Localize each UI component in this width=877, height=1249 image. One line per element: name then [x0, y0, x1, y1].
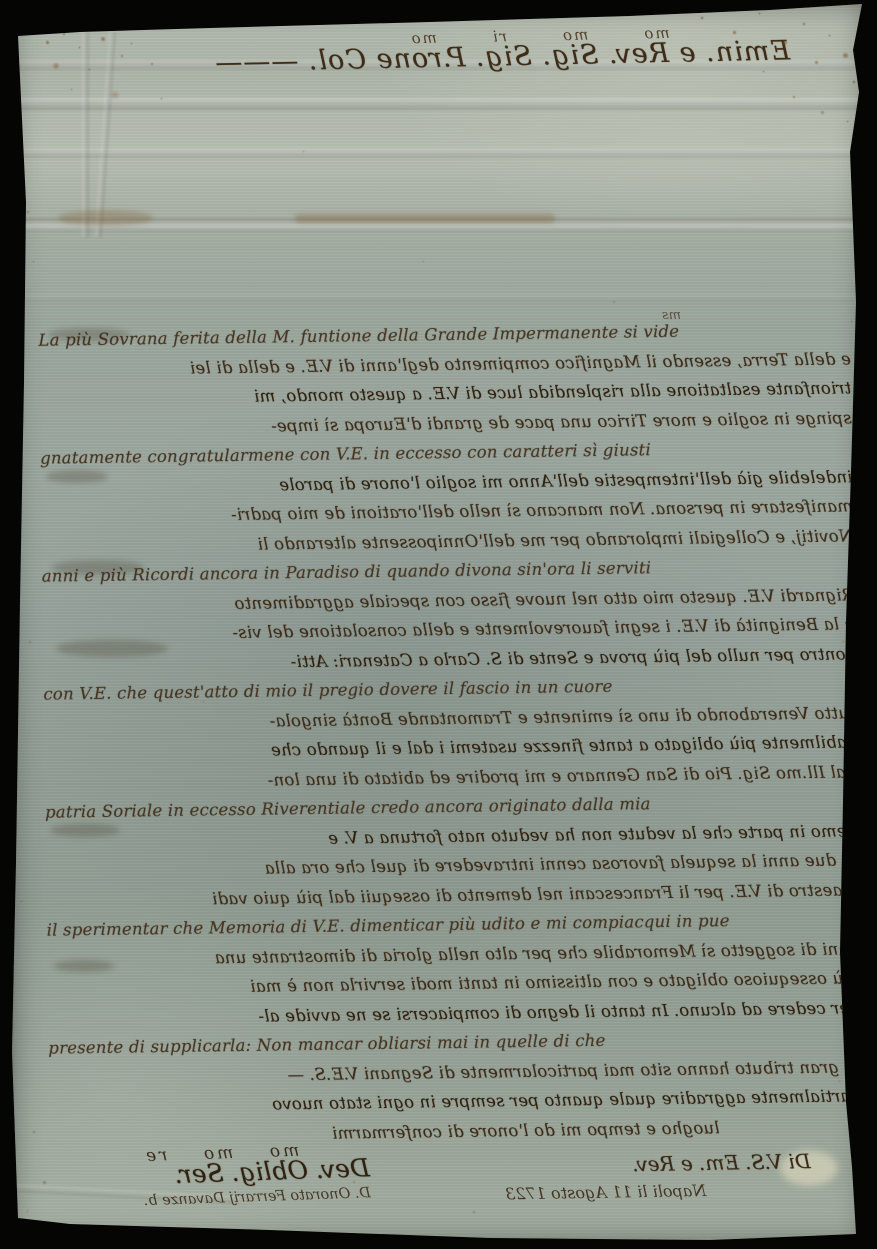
manuscript-scan: mo mo ri mo Emin. e Rev. Sig. Sig. P.ron… [0, 0, 877, 1249]
foxing-spot [848, 760, 852, 764]
foxing-spot [846, 1000, 850, 1004]
foxing-spot [862, 210, 866, 214]
foxing-spot [860, 180, 863, 183]
foxing-spot [852, 520, 855, 523]
foxing-spot [856, 140, 860, 144]
letter-paper-sheet: mo mo ri mo Emin. e Rev. Sig. Sig. P.ron… [10, 2, 866, 1244]
foxing-spot [738, 8, 741, 11]
paper-edge-shading [10, 2, 866, 1244]
